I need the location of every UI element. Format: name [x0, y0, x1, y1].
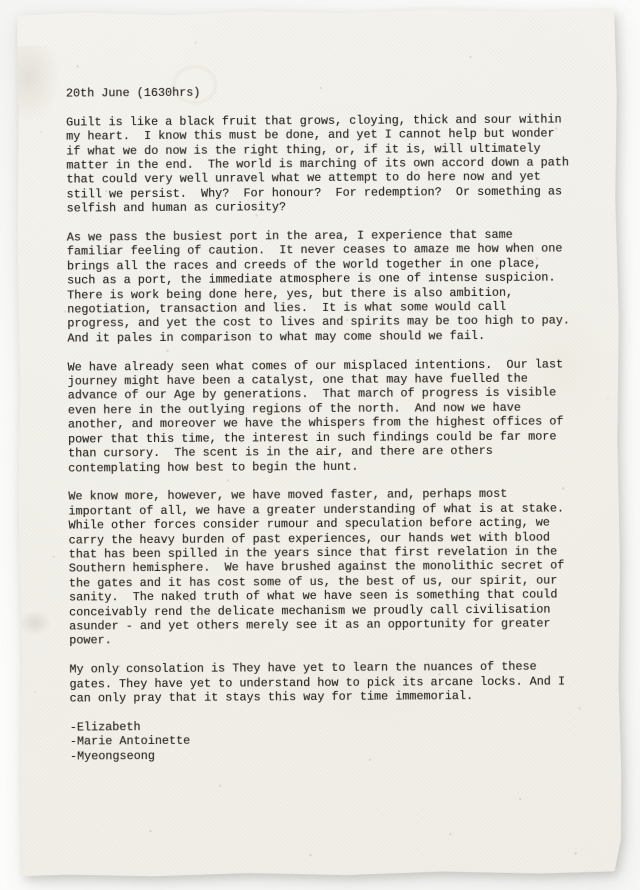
letter-paragraphs: Guilt is like a black fruit that grows, … [66, 112, 602, 706]
letter-paper: 20th June (1630hrs) Guilt is like a blac… [14, 7, 623, 879]
letter-paragraph: As we pass the busiest port in the area,… [67, 227, 600, 345]
letter-body: 20th June (1630hrs) Guilt is like a blac… [66, 83, 602, 763]
letter-paragraph: We have already seen what comes of our m… [67, 357, 600, 475]
letter-date: 20th June (1630hrs) [66, 83, 598, 101]
letter-paragraph: We know more, however, we have moved fas… [68, 487, 601, 649]
letter-signatures: -Elizabeth-Marie Antoinette-Myeongseong [70, 717, 602, 763]
paper-speckles [14, 11, 16, 13]
letter-paper-wrapper: 20th June (1630hrs) Guilt is like a blac… [14, 7, 623, 879]
letter-paragraph: My only consolation is They have yet to … [69, 659, 601, 705]
page-background: 20th June (1630hrs) Guilt is like a blac… [0, 0, 640, 890]
letter-paragraph: Guilt is like a black fruit that grows, … [66, 112, 599, 216]
